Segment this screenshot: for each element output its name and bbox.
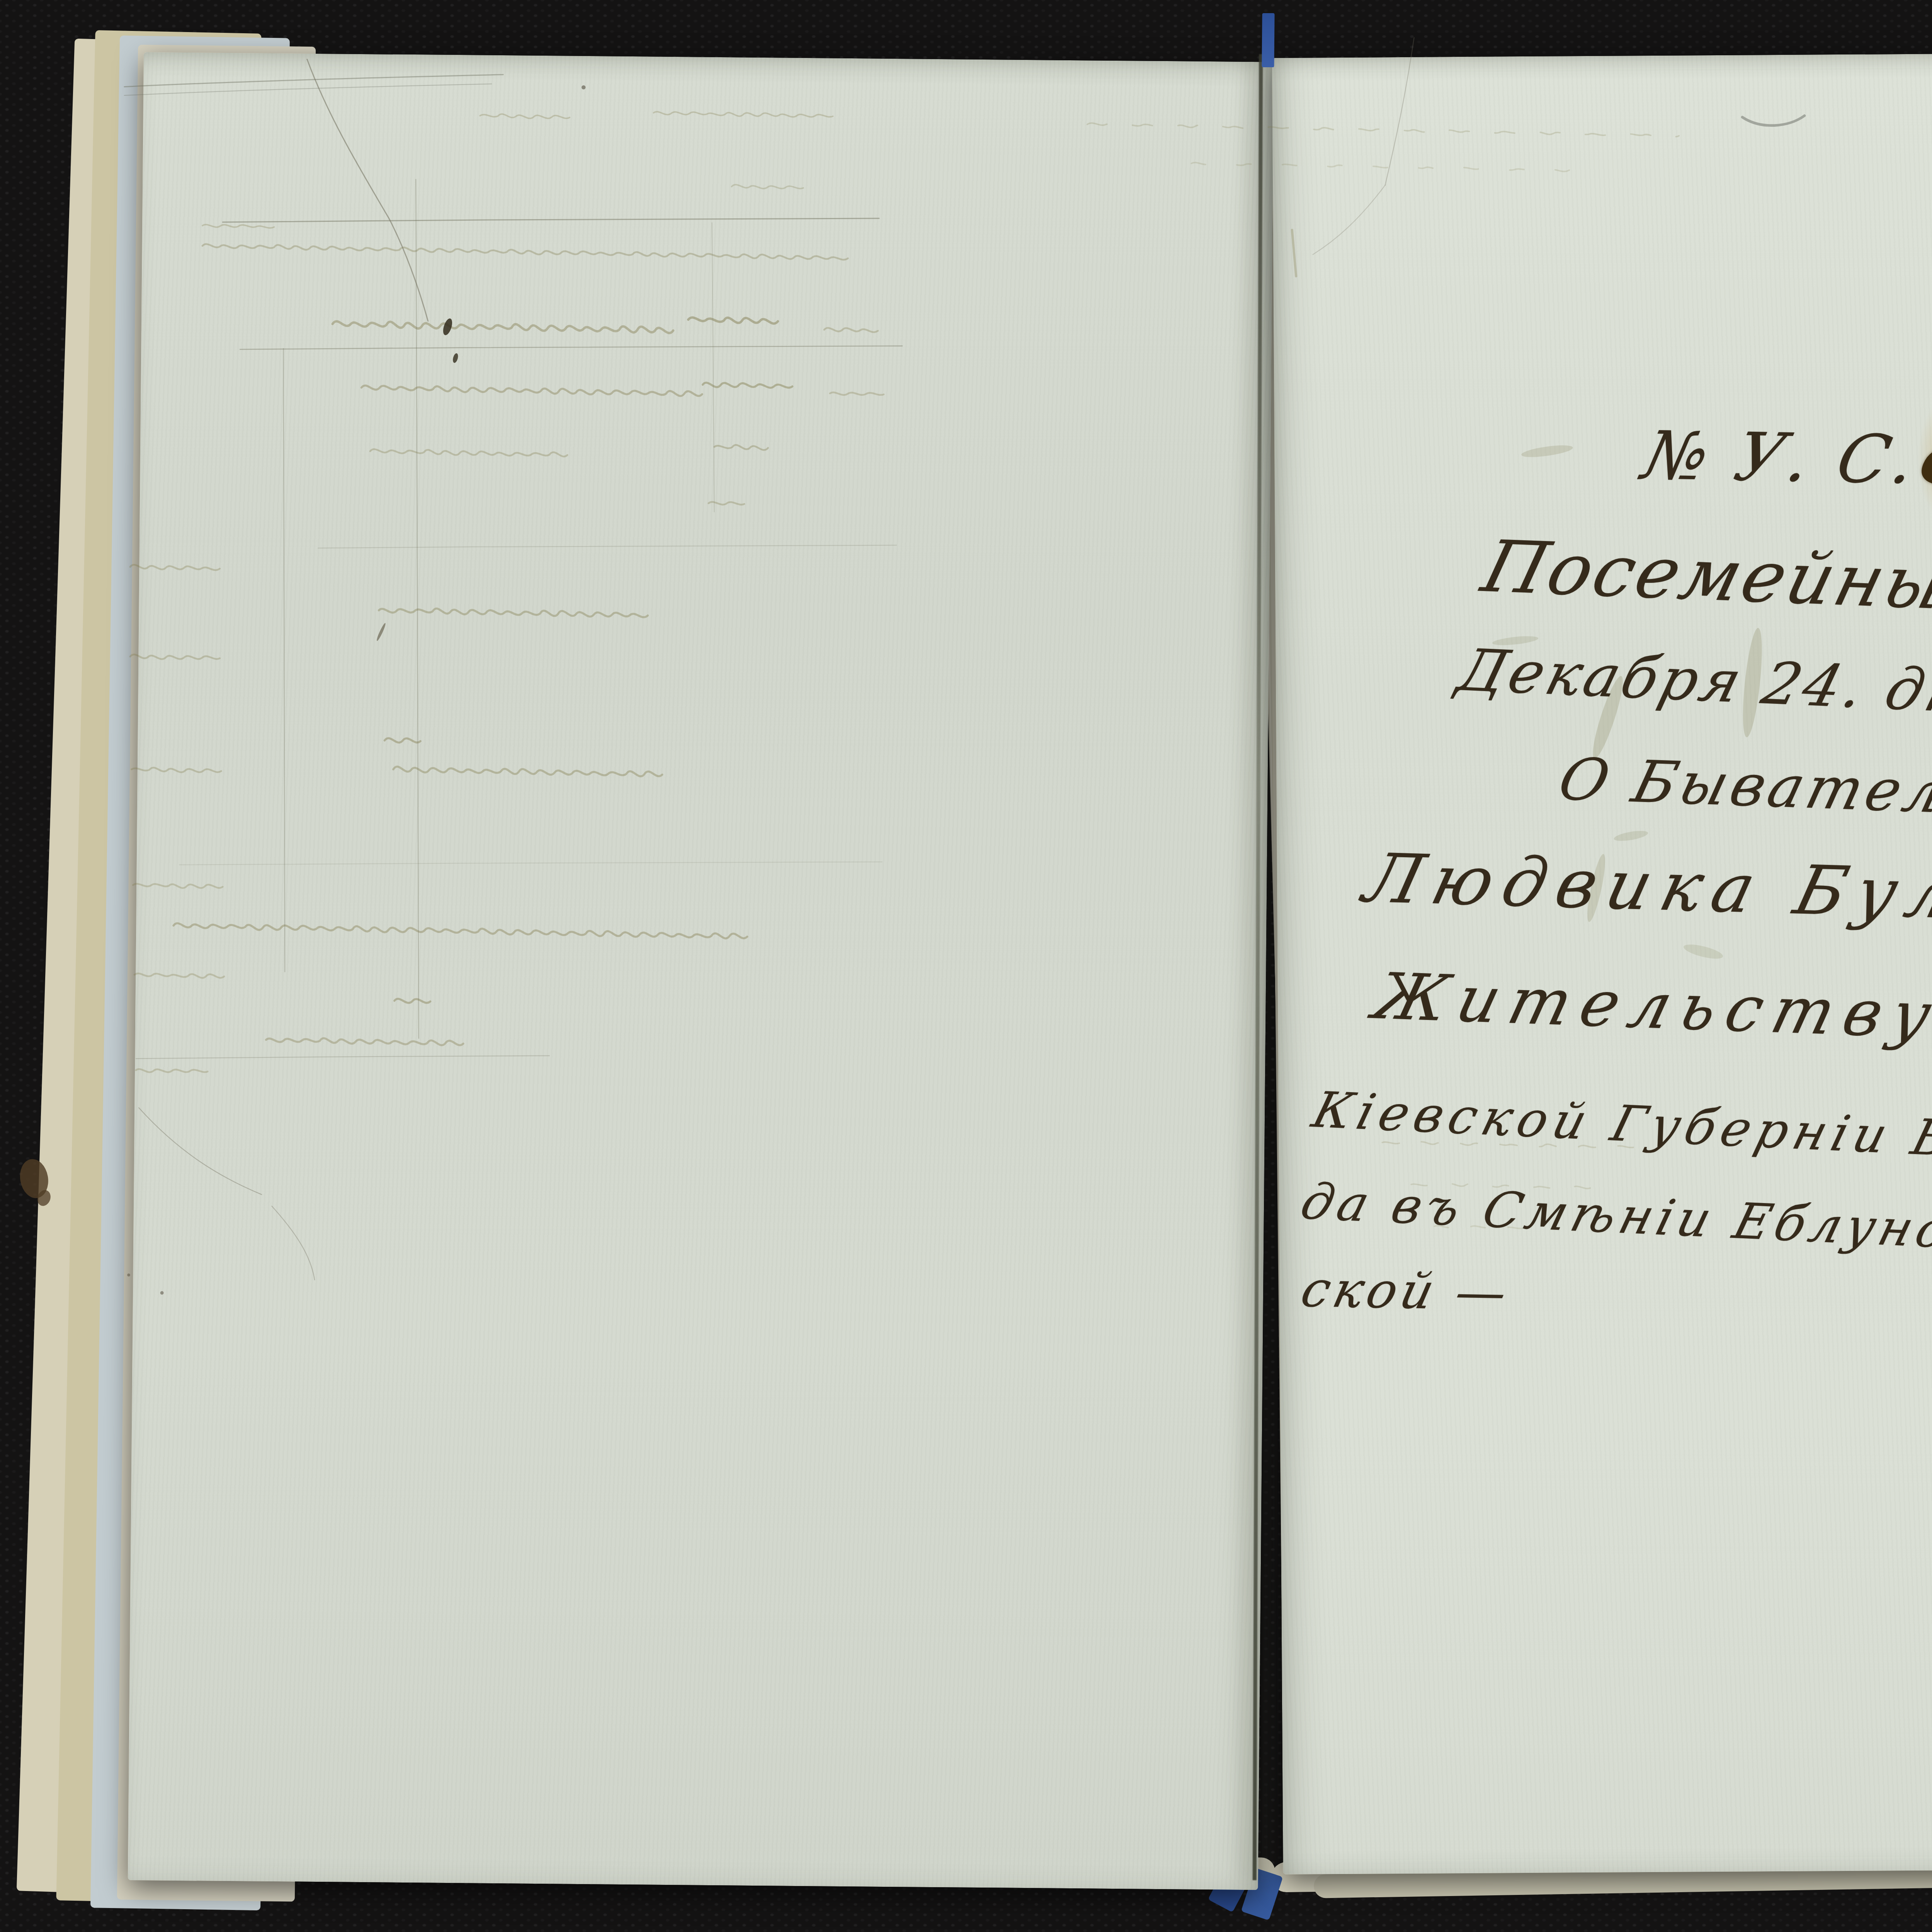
spine-binding-top xyxy=(1262,13,1274,67)
left-page xyxy=(128,52,1274,1890)
manuscript-scan: № У. С. 8 Посемейный Списокъ Декабря 24.… xyxy=(0,0,1932,1932)
doc-number-prefix: № У. С. xyxy=(1636,417,1927,499)
doc-location-line-3: ской — xyxy=(1296,1261,1516,1322)
right-page xyxy=(1272,51,1932,1874)
